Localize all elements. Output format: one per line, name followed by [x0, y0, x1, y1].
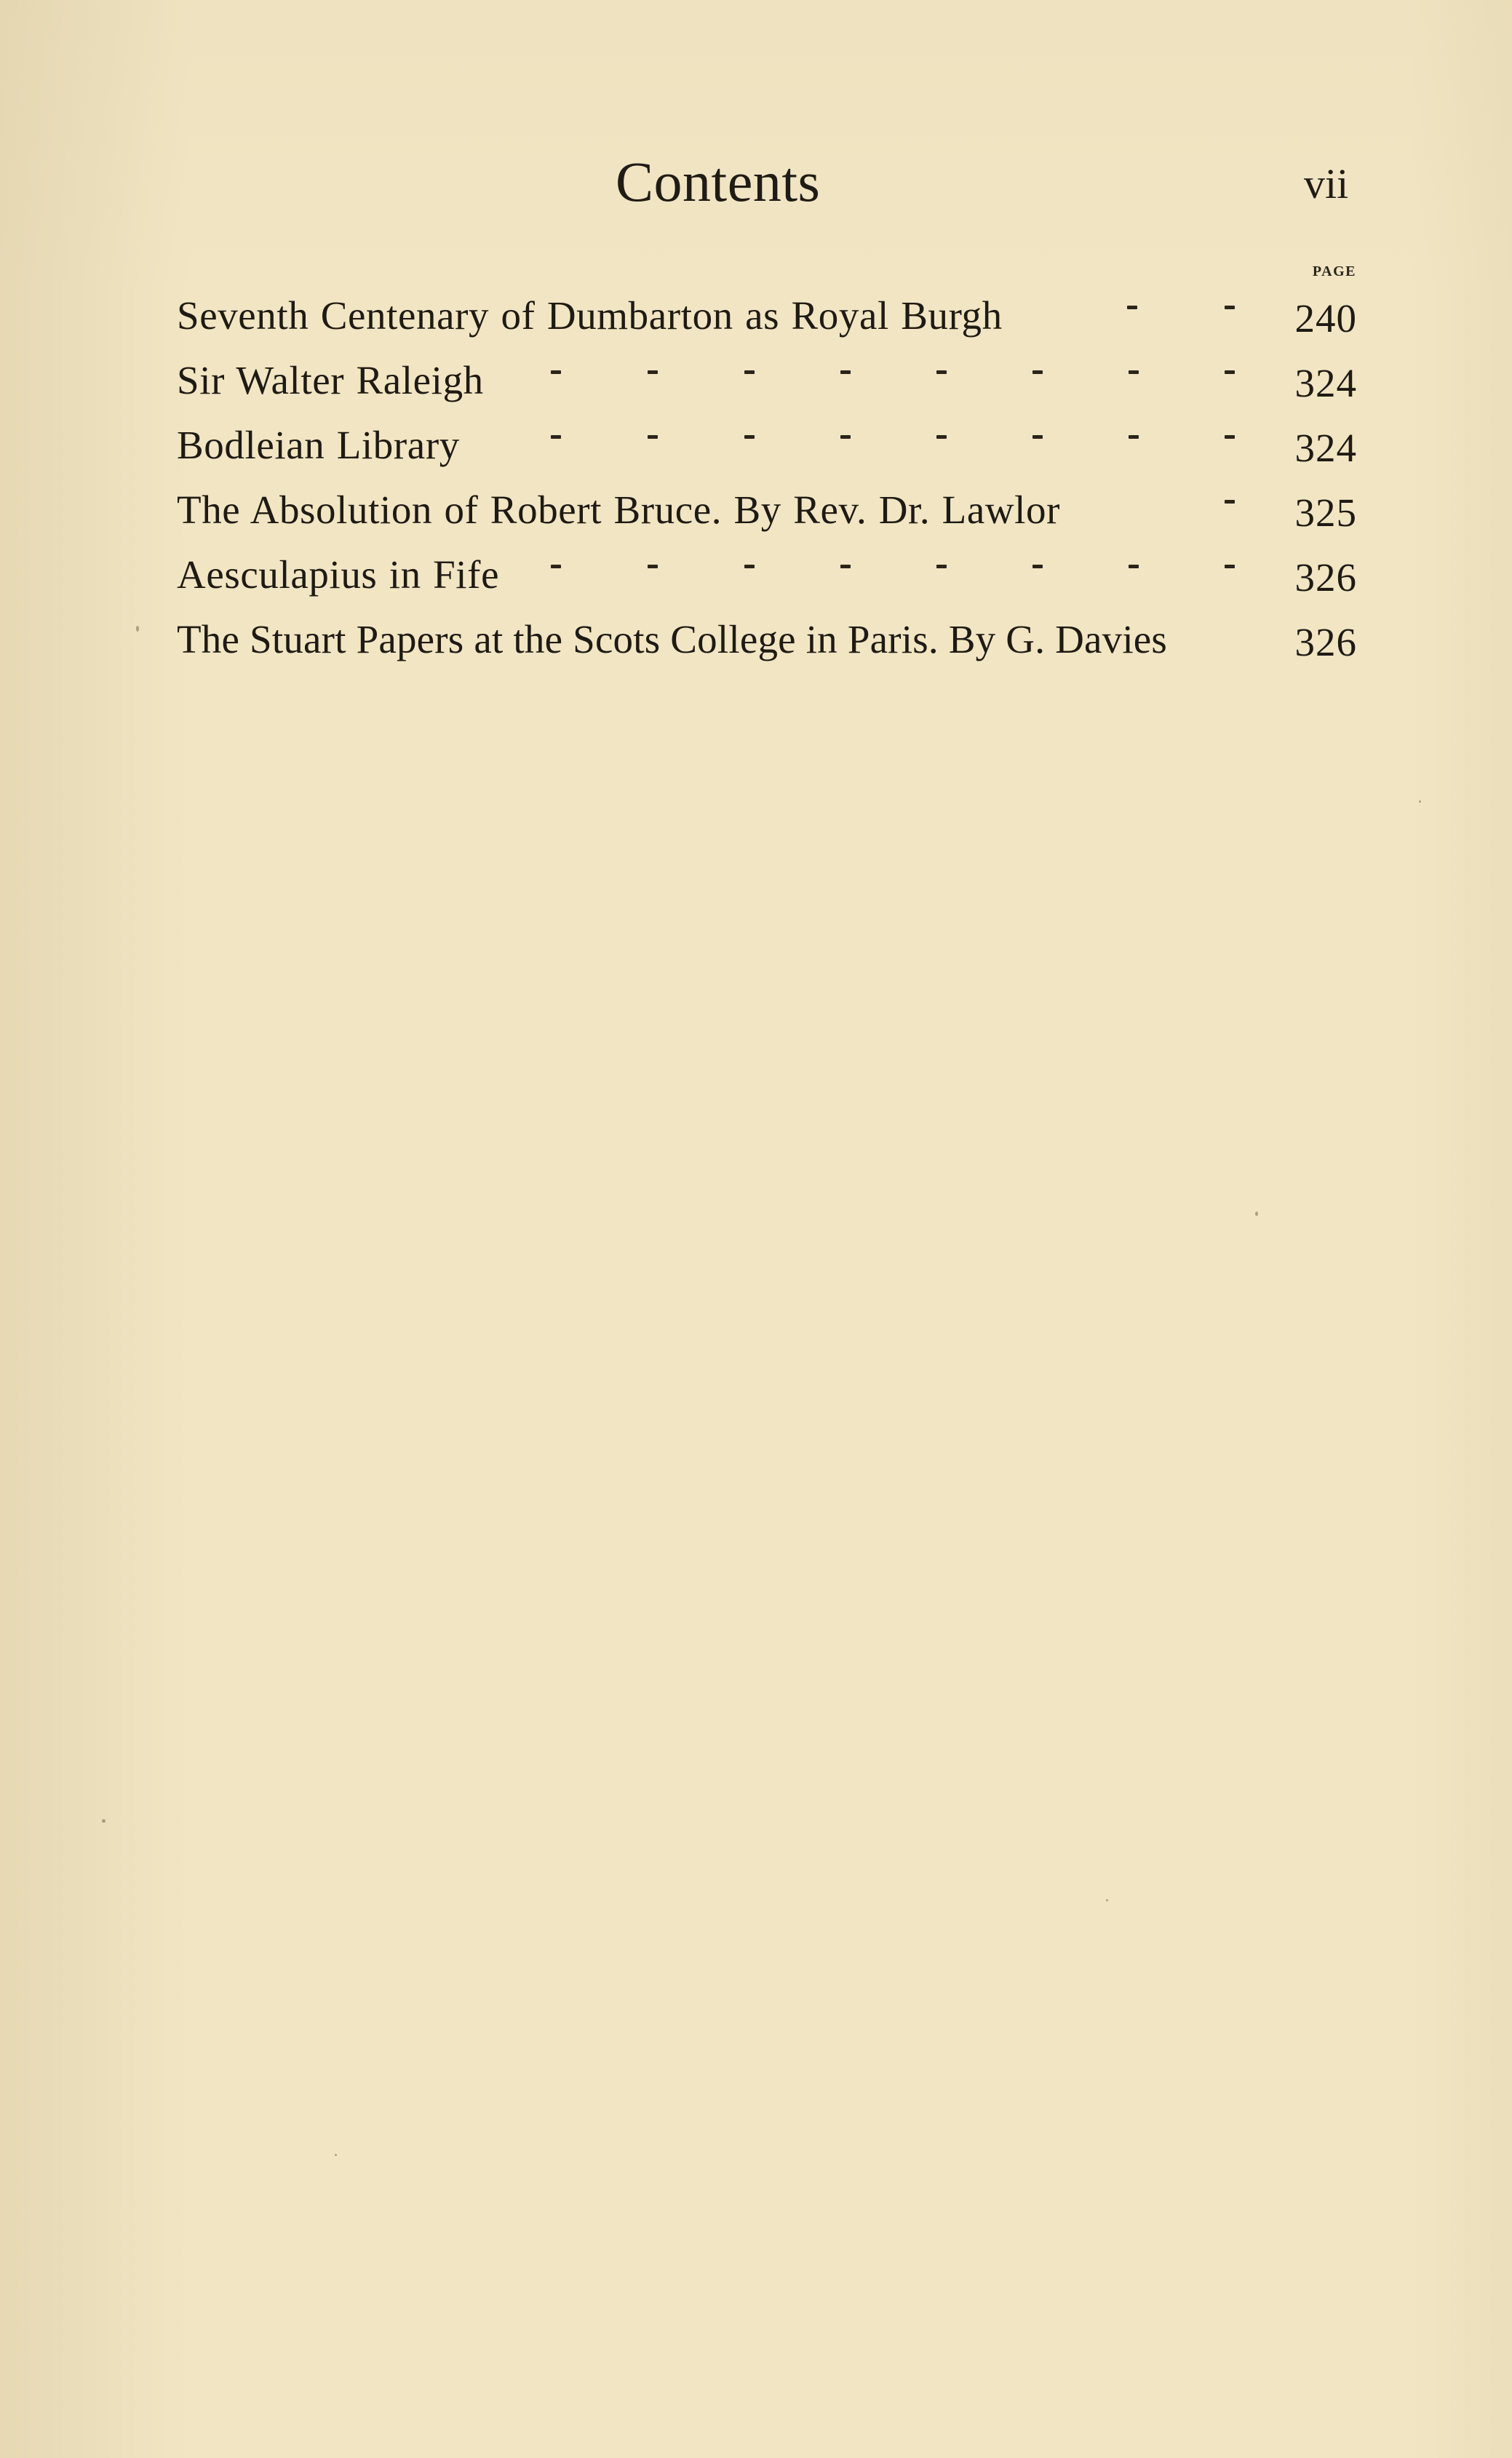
dot-leader	[744, 370, 755, 374]
dot-leader	[1225, 306, 1235, 309]
table-of-contents: Seventh Centenary of Dumbarton as Royal …	[177, 284, 1357, 672]
dot-leader	[936, 370, 947, 374]
dot-leader	[1032, 370, 1043, 374]
toc-entry: Aesculapius in Fife 326	[177, 543, 1357, 608]
toc-entry-title: Sir Walter Raleigh	[177, 357, 484, 404]
dot-leader	[648, 370, 658, 374]
toc-entry-page: 240	[1295, 295, 1358, 342]
dot-leader	[840, 435, 851, 439]
toc-entry-page: 324	[1295, 360, 1358, 407]
toc-entry-title: The Absolution of Robert Bruce. By Rev. …	[177, 487, 1060, 533]
dot-leader	[1127, 306, 1137, 309]
dot-leader	[1225, 435, 1235, 439]
dot-leader	[648, 435, 658, 439]
dot-leader	[1129, 435, 1139, 439]
toc-entry-title: Bodleian Library	[177, 422, 460, 469]
toc-entry: The Stuart Papers at the Scots College i…	[177, 608, 1357, 672]
paper-speck	[102, 1819, 106, 1823]
paper-speck	[136, 626, 139, 632]
dot-leader	[840, 565, 851, 568]
toc-entry-title: Seventh Centenary of Dumbarton as Royal …	[177, 293, 1003, 339]
dot-leader	[840, 370, 851, 374]
toc-entry-page: 324	[1295, 425, 1358, 472]
toc-entry: The Absolution of Robert Bruce. By Rev. …	[177, 478, 1357, 543]
dot-leader	[1225, 370, 1235, 374]
page-column-label: PAGE	[1297, 263, 1356, 280]
dot-leader	[551, 435, 561, 439]
toc-entry: Sir Walter Raleigh 324	[177, 349, 1357, 413]
dot-leader	[744, 435, 755, 439]
paper-speck	[1106, 1899, 1108, 1901]
dot-leader	[936, 565, 947, 568]
toc-entry: Seventh Centenary of Dumbarton as Royal …	[177, 284, 1357, 349]
dot-leader	[648, 565, 658, 568]
dot-leader	[551, 370, 561, 374]
paper-speck	[1255, 1212, 1258, 1216]
paper-speck	[335, 2154, 337, 2156]
toc-entry-page: 326	[1295, 619, 1358, 666]
paper-speck	[1419, 800, 1421, 803]
toc-entry-title: The Stuart Papers at the Scots College i…	[177, 616, 1167, 663]
book-page: Contents vii PAGE Seventh Centenary of D…	[0, 0, 1512, 2458]
toc-entry-page: 325	[1295, 490, 1358, 536]
dot-leader	[1225, 500, 1235, 504]
dot-leader	[936, 435, 947, 439]
dot-leader	[1032, 565, 1043, 568]
dot-leader	[551, 565, 561, 568]
page-number-folio: vii	[1304, 155, 1348, 213]
running-head: Contents vii	[0, 149, 1512, 215]
dot-leader	[1129, 565, 1139, 568]
dot-leader	[1225, 565, 1235, 568]
dot-leader	[744, 565, 755, 568]
toc-entry: Bodleian Library 324	[177, 413, 1357, 478]
page-title: Contents	[616, 149, 820, 215]
dot-leader	[1032, 435, 1043, 439]
toc-entry-page: 326	[1295, 554, 1358, 601]
toc-entry-title: Aesculapius in Fife	[177, 552, 499, 598]
dot-leader	[1129, 370, 1139, 374]
